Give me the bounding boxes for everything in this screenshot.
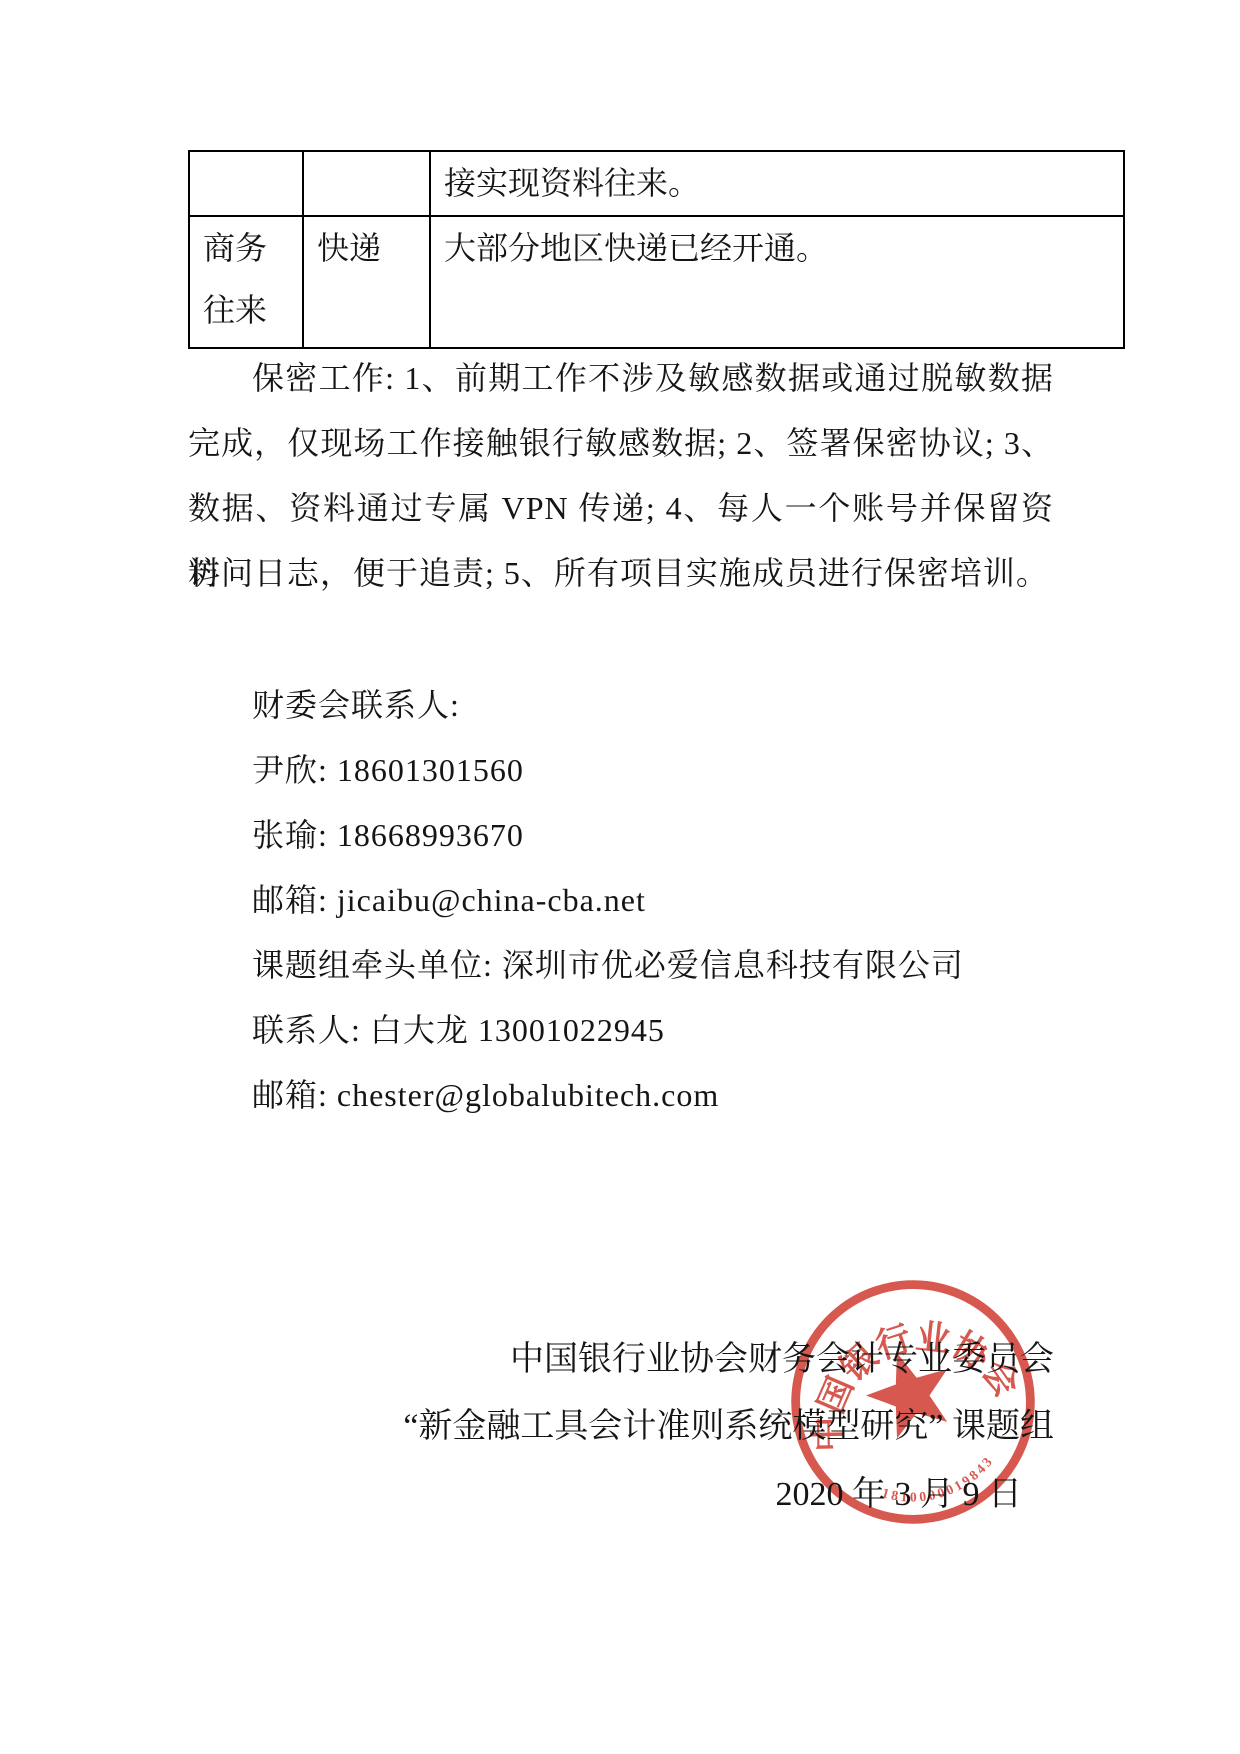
table-cell-category: [189, 151, 303, 216]
closing-committee-name: 中国银行业协会财务会计专业委员会: [188, 1327, 1054, 1393]
contact-lead-organization: 课题组牵头单位: 深圳市优必爱信息科技有限公司: [252, 933, 964, 998]
table-cell-detail: 大部分地区快递已经开通。: [430, 216, 1124, 348]
table-cell-item: 快递: [303, 216, 430, 348]
document-page: 接实现资料往来。 商务 往来 快递 大部分地区快递已经开通。 保密工作: 1、前…: [0, 0, 1240, 1754]
closing-research-group-name: “新金融工具会计准则系统模型研究” 课题组: [188, 1394, 1054, 1460]
table-cell-category: 商务 往来: [189, 216, 303, 348]
contact-heading: 财委会联系人:: [252, 673, 460, 738]
contact-email-cba: 邮箱: jicaibu@china-cba.net: [252, 868, 646, 933]
table-cell-detail: 接实现资料往来。: [430, 151, 1124, 216]
closing-date: 2020 年 3 月 9 日: [188, 1462, 1054, 1528]
contact-baidalong-phone: 联系人: 白大龙 13001022945: [252, 998, 665, 1063]
contact-yinxin-phone: 尹欣: 18601301560: [252, 738, 524, 803]
confidentiality-paragraph-line-1: 保密工作: 1、前期工作不涉及敏感数据或通过脱敏数据: [188, 346, 1054, 411]
contact-email-ubitech: 邮箱: chester@globalubitech.com: [252, 1063, 719, 1128]
table-cell-item: [303, 151, 430, 216]
contact-zhangyu-phone: 张瑜: 18668993670: [252, 803, 524, 868]
category-line-1: 商务: [203, 217, 294, 279]
table-row: 接实现资料往来。: [189, 151, 1124, 216]
category-line-2: 往来: [203, 279, 294, 341]
confidentiality-paragraph-line-2: 完成，仅现场工作接触银行敏感数据; 2、签署保密协议; 3、: [188, 411, 1054, 476]
confidentiality-paragraph-line-4: 访问日志，便于追责; 5、所有项目实施成员进行保密培训。: [188, 541, 1054, 606]
logistics-table: 接实现资料往来。 商务 往来 快递 大部分地区快递已经开通。: [188, 150, 1125, 349]
table-row: 商务 往来 快递 大部分地区快递已经开通。: [189, 216, 1124, 348]
